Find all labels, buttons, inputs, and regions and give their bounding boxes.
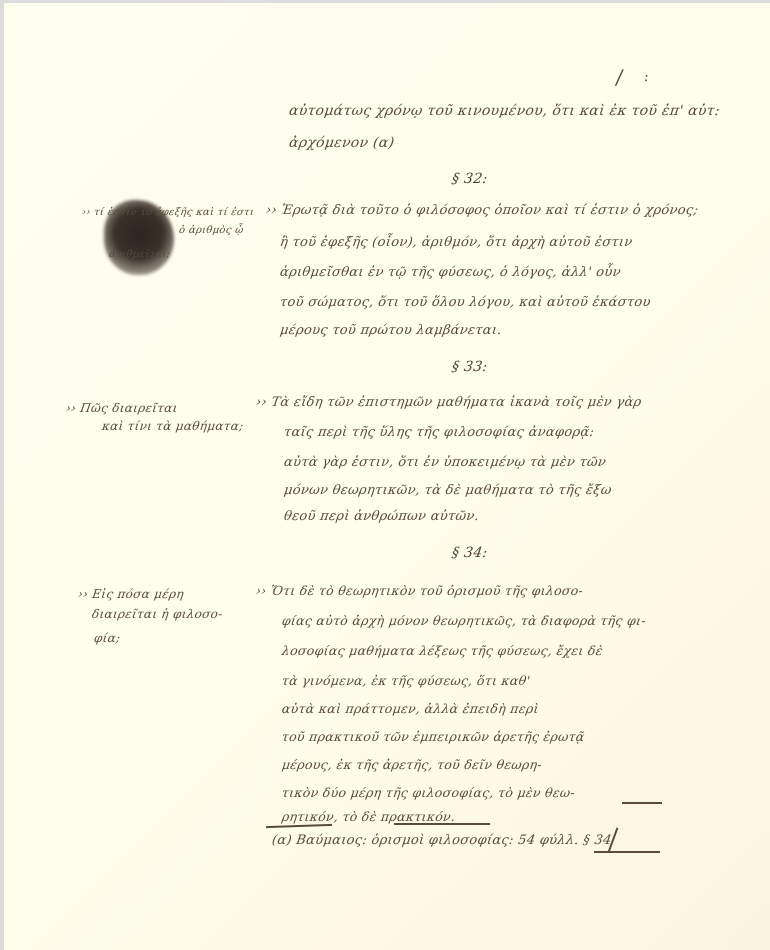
section-33-line-4: μόνων θεωρητικῶν, τὰ δὲ μαθήματα τὸ τῆς …: [283, 483, 613, 498]
section-34-line-4: τὰ γινόμενα, ἐκ τῆς φύσεως, ὅτι καθ': [281, 673, 531, 688]
section-32-line-5: μέρους τοῦ πρώτου λαμβάνεται.: [279, 323, 503, 338]
section-33-margin-line-1: ›› Πῶς διαιρεῖται: [65, 401, 179, 415]
intro-line-2: ἀρχόμενον (α): [288, 135, 396, 151]
section-34-line-9: ρητικόν, τὸ δὲ πρακτικόν.: [281, 809, 456, 824]
section-34-margin-line-2: διαιρεῖται ἡ φιλοσο-: [91, 607, 224, 621]
underline-theoretikon-2: [266, 824, 332, 828]
section-34-line-1: ›› Ὅτι δὲ τὸ θεωρητικὸν τοῦ ὁρισμοῦ τῆς …: [255, 583, 584, 598]
section-33-line-2: ταῖς περὶ τῆς ὕλης τῆς φιλοσοφίας ἀναφορ…: [283, 425, 595, 440]
section-34-line-5: αὐτὰ καὶ πράττομεν, ἀλλὰ ἐπειδὴ περὶ: [281, 701, 540, 716]
section-34-line-8: τικὸν δύο μέρη τῆς φιλοσοφίας, τὸ μὲν θε…: [281, 785, 576, 800]
section-32-margin-line-2: ὁ ἀριθμὸς ᾧ: [178, 225, 244, 236]
section-33-number: § 33:: [451, 359, 489, 375]
section-33-line-3: αὐτὰ γὰρ ἐστιν, ὅτι ἐν ὑποκειμένῳ τὰ μὲν…: [283, 455, 607, 470]
section-32-line-4: τοῦ σώματος, ὅτι τοῦ ὅλου λόγου, καὶ αὐτ…: [279, 295, 652, 310]
intro-line-1: αὐτομάτως χρόνῳ τοῦ κινουμένου, ὅτι καὶ …: [288, 103, 721, 119]
footnote-underline: [594, 851, 660, 853]
section-33-margin-line-2: καὶ τίνι τὰ μαθήματα;: [101, 419, 244, 433]
manuscript-page: / : αὐτομάτως χρόνῳ τοῦ κινουμένου, ὅτι …: [4, 3, 770, 950]
section-34-number: § 34:: [451, 545, 489, 561]
section-33-line-1: ›› Τὰ εἴδη τῶν ἐπιστημῶν μαθήματα ἱκανὰ …: [255, 395, 643, 410]
top-slash-mark: /: [614, 65, 624, 89]
section-32-line-2: ἢ τοῦ ἐφεξῆς (οἷον), ἀριθμόν, ὅτι ἀρχὴ α…: [279, 235, 634, 250]
underline-theoretikon-1: [622, 802, 662, 804]
section-34-line-2: φίας αὐτὸ ἀρχὴ μόνον θεωρητικῶς, τὰ διαφ…: [281, 613, 647, 628]
section-34-line-7: μέρους, ἐκ τῆς ἀρετῆς, τοῦ δεῖν θεωρη-: [281, 757, 543, 772]
section-32-margin-line-3: ἀριθμεῖται;: [108, 249, 171, 260]
section-32-number: § 32:: [451, 171, 489, 187]
section-32-line-1: ›› Ἐρωτᾷ διὰ τοῦτο ὁ φιλόσοφος ὁποῖον κα…: [265, 203, 699, 218]
section-34-line-6: τοῦ πρακτικοῦ τῶν ἐμπειρικῶν ἀρετῆς ἐρωτ…: [281, 729, 586, 744]
underline-praktikon: [394, 823, 490, 825]
section-33-line-5: θεοῦ περὶ ἀνθρώπων αὐτῶν.: [283, 509, 480, 524]
section-34-margin-line-1: ›› Εἰς πόσα μέρη: [77, 587, 185, 601]
top-colon-mark: :: [643, 69, 650, 85]
section-34-line-3: λοσοφίας μαθήματα λέξεως τῆς φύσεως, ἔχε…: [281, 643, 604, 658]
section-32-line-3: ἀριθμεῖσθαι ἐν τῷ τῆς φύσεως, ὁ λόγος, ἀ…: [279, 265, 622, 280]
footnote: (α) Βαύμαιος: ὁρισμοὶ φιλοσοφίας: 54 φύλ…: [271, 833, 613, 848]
section-32-margin-line-1: ›› τί ἐστιν τὸ ἐφεξῆς καὶ τί ἐστι: [81, 207, 255, 218]
section-34-margin-line-3: φία;: [93, 631, 121, 645]
